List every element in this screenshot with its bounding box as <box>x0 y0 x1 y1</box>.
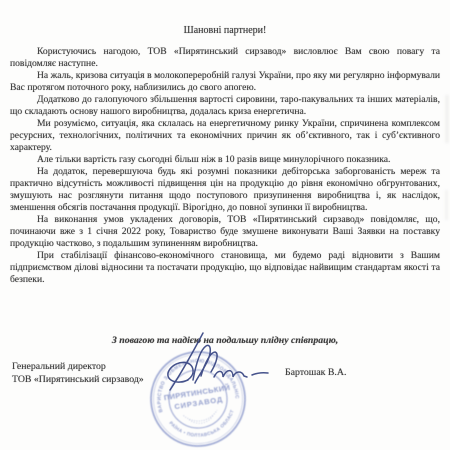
stamp-rim-bottom-text: УКРАЇНА • ПОЛТАВСЬКА ОБЛАСТЬ <box>165 390 239 443</box>
scan-artifact <box>445 95 449 143</box>
stamp-center-line2: СИРЗАВОД <box>174 395 224 412</box>
signer-title-block: Генеральний директор ТОВ «Пирятинський с… <box>12 360 144 386</box>
signer-title: Генеральний директор <box>12 360 144 373</box>
stamp-inner-ring <box>165 366 231 432</box>
closing-line: З повагою та надією на подальшу плідну с… <box>0 335 450 346</box>
stamp-micro-text-arc-2 <box>189 416 214 425</box>
paragraph-3: Додатково до галопуючого збільшення варт… <box>10 94 440 118</box>
stamp-rim-top-text: ТОВАРИСТВО З ОБМЕЖЕНОЮ ВІДПОВІДАЛЬНІСТЮ <box>151 352 241 413</box>
stamp-center-line1: ПИРЯТИНСЬКИЙ <box>163 383 231 402</box>
stamp-outer-ring-2 <box>147 348 249 450</box>
paragraph-5: Але тільки вартість газу сьогодні більш … <box>10 154 440 166</box>
salutation: Шановні партнери! <box>0 25 450 36</box>
paragraph-1: Користуючись нагодою, ТОВ «Пирятинський … <box>10 46 440 70</box>
stamp-micro-text-arc <box>183 410 218 423</box>
paragraph-6: На додаток, перевершуюча будь які розумн… <box>10 166 440 214</box>
paragraph-2: На жаль, кризова ситуація в молокопереро… <box>10 70 440 94</box>
stamp-and-signature-overlay: ТОВАРИСТВО З ОБМЕЖЕНОЮ ВІДПОВІДАЛЬНІСТЮ … <box>100 328 340 450</box>
scan-artifact <box>445 190 448 220</box>
paragraph-7: На виконання умов укладених договорів, Т… <box>10 214 440 250</box>
scanned-letter-page: Шановні партнери! Користуючись нагодою, … <box>0 0 450 450</box>
company-stamp-seal: ТОВАРИСТВО З ОБМЕЖЕНОЮ ВІДПОВІДАЛЬНІСТЮ … <box>144 345 252 450</box>
paragraph-8: При стабілізації фінансово-економічного … <box>10 250 440 286</box>
paragraph-4: Ми розуміємо, ситуація, яка склалась на … <box>10 118 440 154</box>
letter-body: Користуючись нагодою, ТОВ «Пирятинський … <box>10 46 440 286</box>
stamp-outer-ring <box>144 345 252 450</box>
signer-company: ТОВ «Пирятинський сирзавод» <box>12 373 144 386</box>
signer-name: Бартошак В.А. <box>285 367 346 378</box>
